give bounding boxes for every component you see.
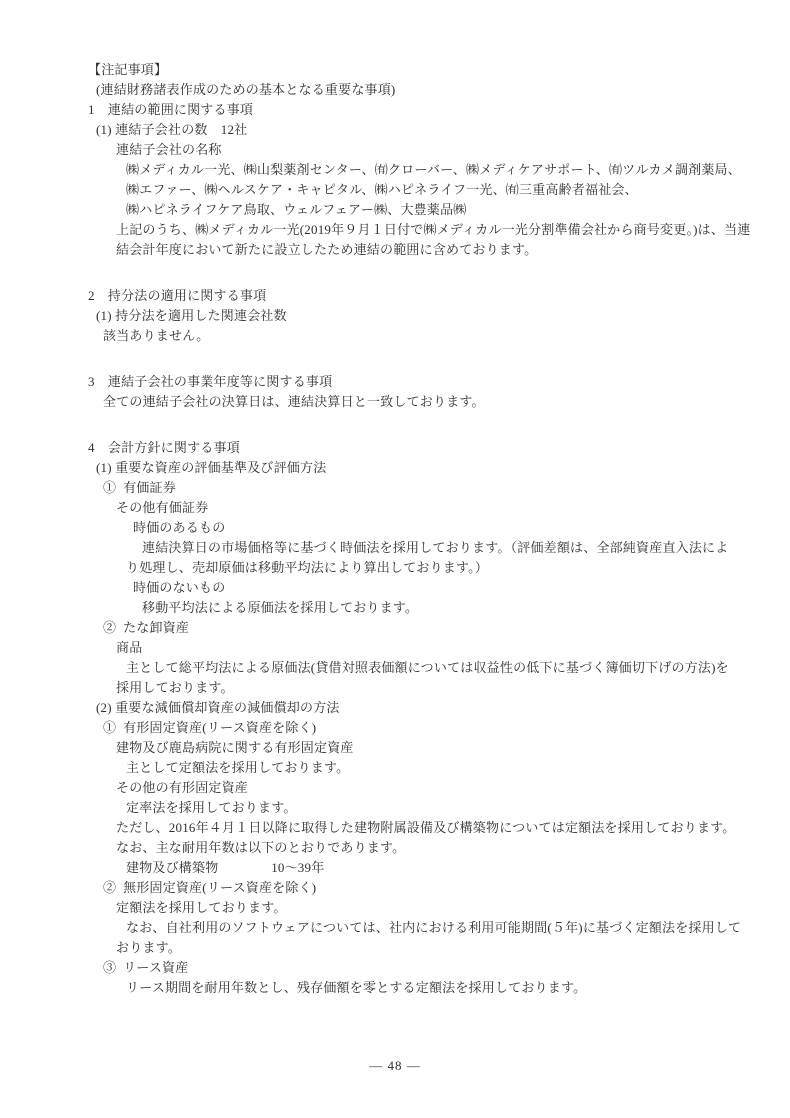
document-line: り処理し、売却原価は移動平均法により算出しております。） — [88, 558, 738, 578]
subsection-heading: (1) 持分法を適用した関連会社数 — [88, 306, 738, 326]
item-heading: ③ リース資産 — [88, 958, 738, 978]
document-line: ㈱ハピネライフケア鳥取、ウェルフェアー㈱、大豊薬品㈱ — [88, 200, 738, 220]
document-line: 建物及び鹿島病院に関する有形固定資産 — [88, 738, 738, 758]
document-body: 【注記事項】 (連結財務諸表作成のための基本となる重要な事項) 1 連結の範囲に… — [88, 60, 738, 998]
document-line: その他有価証券 — [88, 498, 738, 518]
item-heading: ② 無形固定資産(リース資産を除く) — [88, 878, 738, 898]
document-line: 採用しております。 — [88, 678, 738, 698]
document-line: 連結決算日の市場価格等に基づく時価法を採用しております。（評価差額は、全部純資産… — [88, 538, 738, 558]
item-heading: ① 有形固定資産(リース資産を除く) — [88, 718, 738, 738]
document-line: その他の有形固定資産 — [88, 778, 738, 798]
subsection-heading: (1) 重要な資産の評価基準及び評価方法 — [88, 458, 738, 478]
subsection-heading: (1) 連結子会社の数 12社 — [88, 120, 738, 140]
document-line: 移動平均法による原価法を採用しております。 — [88, 598, 738, 618]
document-line: 時価のあるもの — [88, 518, 738, 538]
document-line: なお、自社利用のソフトウェアについては、社内における利用可能期間(５年)に基づく… — [88, 918, 738, 938]
document-line: 定額法を採用しております。 — [88, 898, 738, 918]
section-heading: 3 連結子会社の事業年度等に関する事項 — [88, 372, 738, 392]
document-line: 定率法を採用しております。 — [88, 798, 738, 818]
section-heading: 2 持分法の適用に関する事項 — [88, 286, 738, 306]
document-line: 時価のないもの — [88, 578, 738, 598]
subsection-heading: (2) 重要な減価償却資産の減価償却の方法 — [88, 698, 738, 718]
document-line: ただし、2016年４月１日以降に取得した建物附属設備及び構築物については定額法を… — [88, 818, 738, 838]
document-line: 主として総平均法による原価法(貸借対照表価額については収益性の低下に基づく簿価切… — [88, 658, 738, 678]
page-footer: — 48 — — [0, 1058, 790, 1074]
document-line: 全ての連結子会社の決算日は、連結決算日と一致しております。 — [88, 392, 738, 412]
page-number: — 48 — — [369, 1058, 421, 1073]
document-line: なお、主な耐用年数は以下のとおりであります。 — [88, 838, 738, 858]
section-heading: 1 連結の範囲に関する事項 — [88, 100, 738, 120]
document-line: 連結子会社の名称 — [88, 140, 738, 160]
document-line: おります。 — [88, 938, 738, 958]
subheading: (連結財務諸表作成のための基本となる重要な事項) — [88, 80, 738, 100]
item-heading: ① 有価証券 — [88, 478, 738, 498]
notes-heading: 【注記事項】 — [88, 60, 738, 80]
document-line: ㈱エファー、㈱ヘルスケア・キャピタル、㈱ハピネライフ一光、㈲三重高齢者福祉会、 — [88, 180, 738, 200]
document-line: リース期間を耐用年数とし、残存価額を零とする定額法を採用しております。 — [88, 978, 738, 998]
document-line: 結会計年度において新たに設立したため連結の範囲に含めております。 — [88, 240, 738, 260]
section-heading: 4 会計方針に関する事項 — [88, 438, 738, 458]
document-line: 建物及び構築物 10〜39年 — [88, 858, 738, 878]
document-page: 【注記事項】 (連結財務諸表作成のための基本となる重要な事項) 1 連結の範囲に… — [0, 0, 790, 1118]
item-heading: ② たな卸資産 — [88, 618, 738, 638]
document-line: ㈱メディカル一光、㈱山梨薬剤センター、㈲クローバー、㈱メディケアサポート、㈲ツル… — [88, 160, 738, 180]
document-line: 商品 — [88, 638, 738, 658]
document-line: 該当ありません。 — [88, 326, 738, 346]
document-line: 主として定額法を採用しております。 — [88, 758, 738, 778]
document-line: 上記のうち、㈱メディカル一光(2019年９月１日付で㈱メディカル一光分割準備会社… — [88, 220, 738, 240]
